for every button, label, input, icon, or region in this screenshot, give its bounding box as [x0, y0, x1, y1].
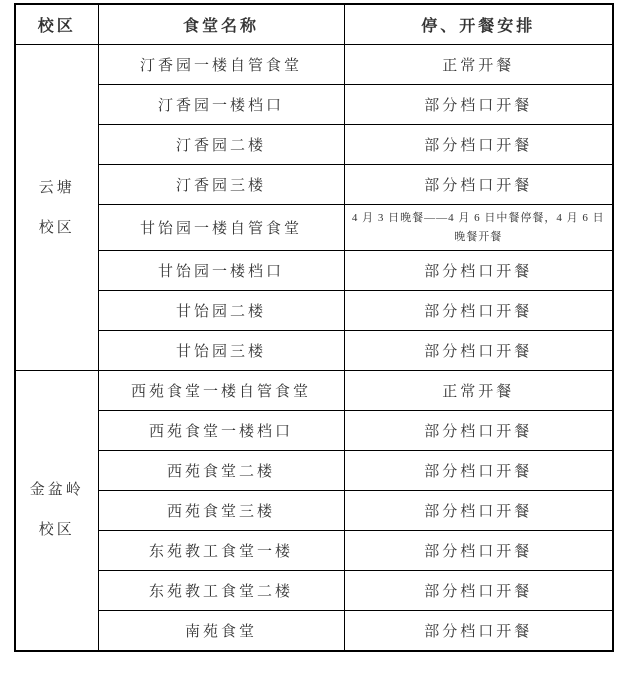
arrangement-cell: 部分档口开餐	[344, 165, 613, 205]
canteen-name-cell: 汀香园三楼	[98, 165, 344, 205]
arrangement-cell: 部分档口开餐	[344, 611, 613, 651]
canteen-name-cell: 汀香园一楼自管食堂	[98, 45, 344, 85]
canteen-name-cell: 甘饴园三楼	[98, 331, 344, 371]
arrangement-cell: 部分档口开餐	[344, 531, 613, 571]
arrangement-cell: 部分档口开餐	[344, 125, 613, 165]
arrangement-cell: 部分档口开餐	[344, 491, 613, 531]
canteen-name-cell: 汀香园二楼	[98, 125, 344, 165]
arrangement-cell: 部分档口开餐	[344, 251, 613, 291]
canteen-name-cell: 西苑食堂一楼档口	[98, 411, 344, 451]
canteen-name-cell: 汀香园一楼档口	[98, 85, 344, 125]
arrangement-cell: 部分档口开餐	[344, 411, 613, 451]
canteen-name-cell: 甘饴园一楼自管食堂	[98, 205, 344, 251]
arrangement-cell: 正常开餐	[344, 371, 613, 411]
campus-line: 金盆岭	[16, 470, 98, 510]
table-row: 甘饴园一楼自管食堂 4 月 3 日晚餐——4 月 6 日中餐停餐，4 月 6 日…	[15, 205, 613, 251]
table-row: 甘饴园三楼 部分档口开餐	[15, 331, 613, 371]
table-row: 东苑教工食堂二楼 部分档口开餐	[15, 571, 613, 611]
canteen-name-cell: 甘饴园二楼	[98, 291, 344, 331]
table-row: 甘饴园二楼 部分档口开餐	[15, 291, 613, 331]
canteen-name-cell: 南苑食堂	[98, 611, 344, 651]
table-header-row: 校区 食堂名称 停、开餐安排	[15, 4, 613, 45]
table-row: 汀香园一楼档口 部分档口开餐	[15, 85, 613, 125]
arrangement-cell: 部分档口开餐	[344, 85, 613, 125]
header-campus: 校区	[15, 4, 98, 45]
arrangement-cell: 部分档口开餐	[344, 451, 613, 491]
canteen-name-cell: 东苑教工食堂二楼	[98, 571, 344, 611]
canteen-name-cell: 西苑食堂三楼	[98, 491, 344, 531]
table-row: 云塘 校区 汀香园一楼自管食堂 正常开餐	[15, 45, 613, 85]
table-row: 西苑食堂一楼档口 部分档口开餐	[15, 411, 613, 451]
table-row: 汀香园二楼 部分档口开餐	[15, 125, 613, 165]
arrangement-cell: 部分档口开餐	[344, 291, 613, 331]
canteen-schedule-page: 校区 食堂名称 停、开餐安排 云塘 校区 汀香园一楼自管食堂 正常开餐 汀香园一…	[0, 0, 627, 681]
table-row: 西苑食堂三楼 部分档口开餐	[15, 491, 613, 531]
campus-cell-yuntang: 云塘 校区	[15, 45, 98, 371]
table-row: 东苑教工食堂一楼 部分档口开餐	[15, 531, 613, 571]
arrangement-cell: 4 月 3 日晚餐——4 月 6 日中餐停餐，4 月 6 日晚餐开餐	[344, 205, 613, 251]
table-row: 西苑食堂二楼 部分档口开餐	[15, 451, 613, 491]
canteen-name-cell: 西苑食堂一楼自管食堂	[98, 371, 344, 411]
canteen-name-cell: 甘饴园一楼档口	[98, 251, 344, 291]
arrangement-cell: 部分档口开餐	[344, 331, 613, 371]
canteen-name-cell: 东苑教工食堂一楼	[98, 531, 344, 571]
table-row: 金盆岭 校区 西苑食堂一楼自管食堂 正常开餐	[15, 371, 613, 411]
arrangement-cell: 部分档口开餐	[344, 571, 613, 611]
arrangement-cell: 正常开餐	[344, 45, 613, 85]
table-row: 甘饴园一楼档口 部分档口开餐	[15, 251, 613, 291]
header-arrangement: 停、开餐安排	[344, 4, 613, 45]
campus-line: 校区	[16, 208, 98, 248]
table-row: 南苑食堂 部分档口开餐	[15, 611, 613, 651]
campus-line: 云塘	[16, 168, 98, 208]
table-row: 汀香园三楼 部分档口开餐	[15, 165, 613, 205]
canteen-schedule-table: 校区 食堂名称 停、开餐安排 云塘 校区 汀香园一楼自管食堂 正常开餐 汀香园一…	[14, 3, 614, 652]
header-canteen-name: 食堂名称	[98, 4, 344, 45]
campus-cell-jinpenling: 金盆岭 校区	[15, 371, 98, 651]
campus-line: 校区	[16, 510, 98, 550]
canteen-name-cell: 西苑食堂二楼	[98, 451, 344, 491]
